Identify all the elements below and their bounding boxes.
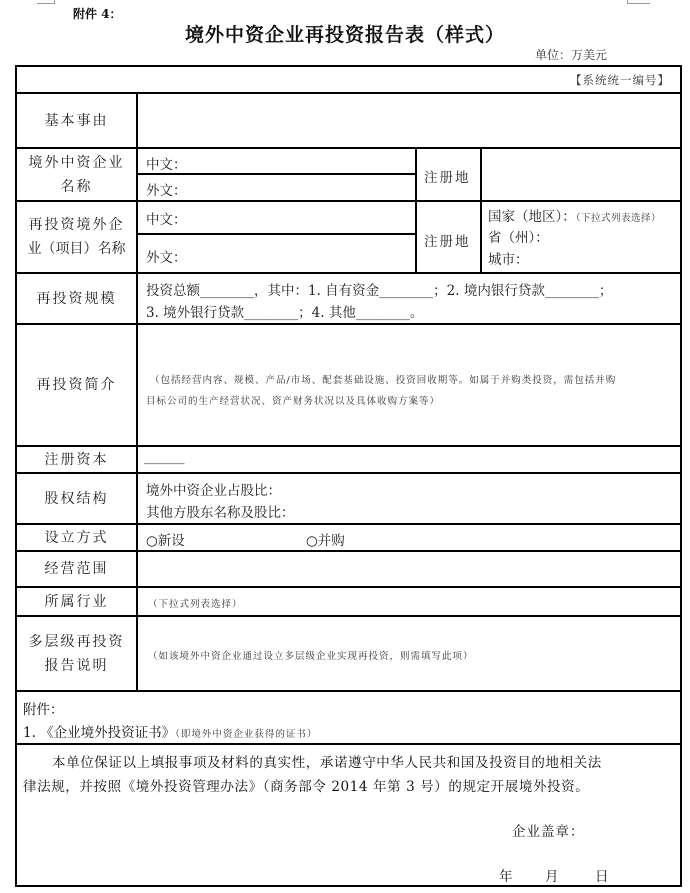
radio-new[interactable]: ○新设	[146, 529, 185, 549]
divider	[415, 149, 417, 200]
equity-line-2: 其他方股东名称及股比：	[146, 501, 295, 521]
chinese-label: 中文：	[146, 208, 187, 228]
label-line: 报告说明	[45, 658, 109, 674]
declaration-line-2: 律法规，并按照《境外投资管理办法》（商务部令 2014 年第 3 号）的规定开展…	[23, 775, 589, 795]
reinvestment-intro-label: 再投资简介	[17, 325, 138, 445]
multilevel-hint: （如该境外中资企业通过设立多层级企业实现再投资，则需填写此项）	[148, 648, 474, 662]
overseas-name-chinese-field[interactable]: 中文：	[138, 149, 417, 175]
reinvest-name-chinese-field[interactable]: 中文：	[138, 202, 417, 235]
divider	[480, 202, 482, 272]
industry-hint: （下拉式列表选择）	[148, 596, 243, 610]
industry-row: 所属行业 （下拉式列表选择）	[17, 588, 680, 617]
city-field[interactable]: 城市：	[488, 248, 529, 268]
date-year-label: 年	[499, 865, 513, 885]
registered-capital-label: 注册资本	[17, 447, 138, 472]
registered-place-label: 注册地	[424, 230, 471, 250]
industry-label: 所属行业	[17, 588, 138, 615]
scale-line-2: 3. 境外银行贷款________；4. 其他________。	[146, 301, 423, 321]
investment-scale-field[interactable]: 投资总额________，其中：1. 自有资金________；2. 境内银行贷…	[138, 274, 680, 323]
equity-structure-field[interactable]: 境外中资企业占股比： 其他方股东名称及股比：	[138, 474, 680, 523]
unit-label: 单位：万美元	[535, 46, 607, 63]
overseas-enterprise-label: 境外中资企业名称	[17, 149, 138, 200]
reinvestment-intro-row: 再投资简介 （包括经营内容、规模、产品/市场、配套基础设施、投资回收期等。如属于…	[17, 325, 680, 447]
intro-hint-2: 目标公司的生产经营状况、资产财务状况以及具体收购方案等）	[146, 393, 440, 407]
report-form: 【系统统一编号】 基本事由 境外中资企业名称 中文： 外文： 注册地 再投资境外…	[15, 65, 682, 887]
business-scope-row: 经营范围	[17, 552, 680, 588]
divider	[415, 202, 417, 272]
date-day-label: 日	[595, 865, 609, 885]
radio-circle-icon: ○	[306, 533, 318, 549]
equity-line-1: 境外中资企业占股比：	[146, 479, 281, 499]
investment-scale-row: 再投资规模 投资总额________，其中：1. 自有资金________；2.…	[17, 274, 680, 325]
reinvest-enterprise-row: 再投资境外企业（项目）名称 中文： 外文： 注册地 国家（地区）：（下拉式列表选…	[17, 202, 680, 274]
foreign-label: 外文：	[146, 183, 187, 199]
label-line: 多层级再投资	[29, 634, 125, 650]
equity-structure-label: 股权结构	[17, 474, 138, 523]
business-scope-field[interactable]	[138, 552, 680, 586]
registered-place-field[interactable]	[482, 149, 680, 200]
business-scope-label: 经营范围	[17, 552, 138, 586]
country-label: 国家（地区）：	[488, 209, 576, 225]
declaration-row: 本单位保证以上填报事项及材料的真实性，承诺遵守中华人民共和国及投资目的地相关法 …	[17, 745, 680, 885]
page-title: 境外中资企业再投资报告表（样式）	[0, 20, 690, 47]
multilevel-field[interactable]: （如该境外中资企业通过设立多层级企业实现再投资，则需填写此项）	[138, 617, 680, 690]
multilevel-label: 多层级再投资报告说明	[17, 617, 138, 690]
radio-circle-icon: ○	[146, 533, 158, 549]
overseas-enterprise-values: 中文： 外文： 注册地	[138, 149, 680, 200]
establishment-row: 设立方式 ○新设 ○并购	[17, 525, 680, 552]
establishment-label: 设立方式	[17, 525, 138, 550]
attachment-item-1: 1. 《企业境外投资证书》（即境外中资企业获得的证书）	[23, 721, 317, 741]
registered-capital-blank: ______	[144, 449, 185, 465]
overseas-enterprise-row: 境外中资企业名称 中文： 外文： 注册地	[17, 149, 680, 202]
crop-mark-left	[37, 0, 55, 4]
basic-reason-row: 基本事由	[17, 94, 680, 149]
company-seal-label: 企业盖章：	[512, 820, 585, 840]
declaration-line-1: 本单位保证以上填报事项及材料的真实性，承诺遵守中华人民共和国及投资目的地相关法	[52, 751, 602, 771]
attachment-item-note: （即境外中资企业获得的证书）	[175, 729, 317, 740]
crop-mark-right	[627, 0, 650, 4]
option-label: 并购	[318, 533, 345, 549]
equity-structure-row: 股权结构 境外中资企业占股比： 其他方股东名称及股比：	[17, 474, 680, 525]
reinvestment-intro-field[interactable]: （包括经营内容、规模、产品/市场、配套基础设施、投资回收期等。如属于并购类投资，…	[138, 325, 680, 445]
intro-hint-1: （包括经营内容、规模、产品/市场、配套基础设施、投资回收期等。如属于并购类投资，…	[150, 372, 616, 386]
country-hint: （下拉式列表选择）	[576, 213, 661, 224]
province-field[interactable]: 省（州）：	[488, 226, 549, 246]
reinvest-enterprise-values: 中文： 外文： 注册地 国家（地区）：（下拉式列表选择） 省（州）： 城市：	[138, 202, 680, 272]
radio-merger[interactable]: ○并购	[306, 529, 345, 549]
registered-capital-field[interactable]: ______	[138, 447, 680, 472]
chinese-label: 中文：	[146, 153, 187, 173]
reinvest-name-foreign-field[interactable]: 外文：	[146, 246, 187, 266]
label-line: 名称	[61, 179, 93, 195]
date-month-label: 月	[545, 865, 559, 885]
label-line: 境外中资企业	[29, 155, 125, 171]
basic-reason-label: 基本事由	[17, 94, 138, 147]
system-number-row: 【系统统一编号】	[17, 67, 680, 94]
registered-capital-row: 注册资本 ______	[17, 447, 680, 474]
attachment-item-title: 1. 《企业境外投资证书》	[23, 725, 175, 741]
overseas-name-foreign-field[interactable]: 外文：	[146, 179, 187, 199]
foreign-label: 外文：	[146, 250, 187, 266]
scale-line-1: 投资总额________，其中：1. 自有资金________；2. 境内银行贷…	[146, 279, 612, 299]
attachments-row: 附件： 1. 《企业境外投资证书》（即境外中资企业获得的证书）	[17, 692, 680, 745]
attachments-label: 附件：	[23, 698, 64, 718]
label-line: 业（项目）名称	[28, 241, 126, 257]
establishment-options: ○新设 ○并购	[138, 525, 680, 550]
registered-place-label: 注册地	[424, 166, 471, 186]
label-line: 再投资境外企	[29, 217, 125, 233]
investment-scale-label: 再投资规模	[17, 274, 138, 323]
basic-reason-field[interactable]	[138, 94, 680, 147]
multilevel-row: 多层级再投资报告说明 （如该境外中资企业通过设立多层级企业实现再投资，则需填写此…	[17, 617, 680, 692]
system-number: 【系统统一编号】	[570, 72, 670, 88]
reinvest-enterprise-label: 再投资境外企业（项目）名称	[17, 202, 138, 272]
industry-select[interactable]: （下拉式列表选择）	[138, 588, 680, 615]
option-label: 新设	[158, 533, 185, 549]
country-select[interactable]: 国家（地区）：（下拉式列表选择）	[488, 205, 661, 225]
